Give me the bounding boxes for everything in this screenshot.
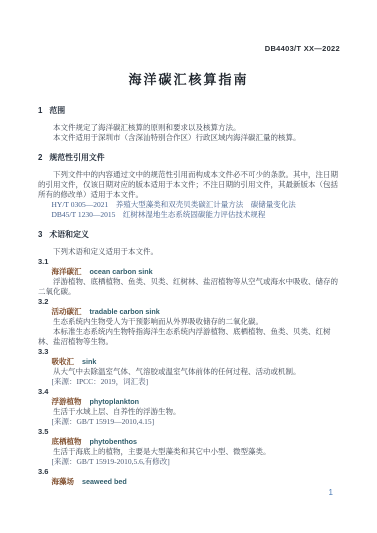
- section-scope: 1范围 本文件规定了海洋碳汇核算的原则和要求以及核算方法。 本文件适用于深圳市（…: [38, 106, 343, 143]
- term-name-en: ocean carbon sink: [90, 267, 153, 276]
- term-source: [来源：GB/T 15919-2010,5.6,有修改]: [38, 457, 343, 467]
- term-source: [来源：IPCC：2019，词汇表]: [38, 377, 343, 387]
- term-source: [来源：GB/T 15919—2010,4.15]: [38, 417, 343, 427]
- doc-code: DB4403/T XX—2022: [265, 44, 340, 53]
- section-number: 1: [38, 106, 42, 115]
- clause-number: 3.5: [38, 427, 343, 437]
- term-name: 海藻场seaweed bed: [38, 477, 343, 487]
- term-name-zh: 海洋碳汇: [52, 267, 82, 276]
- term-3-2: 3.2 活动碳汇tradable carbon sink 生态系统内生物受人为干…: [38, 297, 343, 347]
- section-heading: 2规范性引用文件: [38, 153, 343, 163]
- term-name-zh: 浮游植物: [52, 397, 82, 406]
- section-number: 3: [38, 230, 42, 239]
- term-3-6: 3.6 海藻场seaweed bed: [38, 467, 343, 487]
- section-title: 范围: [49, 106, 65, 115]
- section-heading: 3术语和定义: [38, 230, 343, 240]
- paragraph: 下列文件中的内容通过文中的规范性引用而构成本文件必不可少的条款。其中，注日期的引…: [38, 170, 343, 200]
- term-name-en: phytoplankton: [90, 397, 140, 406]
- term-name-zh: 吸收汇: [52, 357, 75, 366]
- section-title: 术语和定义: [49, 230, 88, 239]
- term-name-en: seaweed bed: [82, 477, 127, 486]
- term-name-zh: 底栖植物: [52, 437, 82, 446]
- term-name-zh: 活动碳汇: [52, 307, 82, 316]
- term-name: 底栖植物phytobenthos: [38, 437, 343, 447]
- clause-number: 3.2: [38, 297, 343, 307]
- term-name-en: phytobenthos: [90, 437, 138, 446]
- section-normative-references: 2规范性引用文件 下列文件中的内容通过文中的规范性引用而构成本文件必不可少的条款…: [38, 153, 343, 220]
- term-name: 浮游植物phytoplankton: [38, 397, 343, 407]
- term-definition: 生活于海底上的植物，主要是大型藻类和其它中小型、微型藻类。: [38, 447, 343, 457]
- term-name-en: tradable carbon sink: [90, 307, 160, 316]
- document-page: DB4403/T XX—2022 海洋碳汇核算指南 1范围 本文件规定了海洋碳汇…: [0, 0, 377, 533]
- term-definition: 生活于水域上层、自养性的浮游生物。: [38, 407, 343, 417]
- term-name: 活动碳汇tradable carbon sink: [38, 307, 343, 317]
- paragraph: 本文件适用于深圳市（含深汕特别合作区）行政区域内海洋碳汇量的核算。: [38, 133, 343, 143]
- terms-intro: 下列术语和定义适用于本文件。: [38, 247, 343, 257]
- page-title: 海洋碳汇核算指南: [0, 69, 377, 88]
- reference-item: HY/T 0305—2021 养殖大型藻类和双壳贝类碳汇计量方法 碳储量变化法: [38, 200, 343, 210]
- reference-list: HY/T 0305—2021 养殖大型藻类和双壳贝类碳汇计量方法 碳储量变化法 …: [38, 200, 343, 220]
- term-name: 吸收汇sink: [38, 357, 343, 367]
- term-definition: 从大气中去除温室气体、气溶胶或温室气体前体的任何过程、活动或机制。: [38, 367, 343, 377]
- section-title: 规范性引用文件: [49, 153, 104, 162]
- paragraph: 本文件规定了海洋碳汇核算的原则和要求以及核算方法。: [38, 123, 343, 133]
- clause-number: 3.4: [38, 387, 343, 397]
- term-name-zh: 海藻场: [52, 477, 75, 486]
- reference-item: DB45/T 1230—2015 红树林湿地生态系统固碳能力评估技术规程: [38, 210, 343, 220]
- term-definition: 本标准生态系统内生物特指海洋生态系统内浮游植物、底栖植物、鱼类、贝类、红树林、盐…: [38, 327, 343, 347]
- clause-number: 3.3: [38, 347, 343, 357]
- clause-number: 3.6: [38, 467, 343, 477]
- term-3-3: 3.3 吸收汇sink 从大气中去除温室气体、气溶胶或温室气体前体的任何过程、活…: [38, 347, 343, 387]
- page-number: 1: [329, 488, 333, 497]
- term-3-1: 3.1 海洋碳汇ocean carbon sink 浮游植物、底栖植物、鱼类、贝…: [38, 257, 343, 297]
- section-terms-definitions: 3术语和定义 下列术语和定义适用于本文件。 3.1 海洋碳汇ocean carb…: [38, 230, 343, 487]
- document-content: 1范围 本文件规定了海洋碳汇核算的原则和要求以及核算方法。 本文件适用于深圳市（…: [38, 106, 343, 487]
- term-name-en: sink: [82, 357, 96, 366]
- term-definition: 生态系统内生物受人为干预影响而从外界吸收储存的二氧化碳。: [38, 317, 343, 327]
- term-name: 海洋碳汇ocean carbon sink: [38, 267, 343, 277]
- clause-number: 3.1: [38, 257, 343, 267]
- term-3-4: 3.4 浮游植物phytoplankton 生活于水域上层、自养性的浮游生物。 …: [38, 387, 343, 427]
- section-number: 2: [38, 153, 42, 162]
- section-heading: 1范围: [38, 106, 343, 116]
- term-definition: 浮游植物、底栖植物、鱼类、贝类、红树林、盐沼植物等从空气或海水中吸收、储存的二氧…: [38, 277, 343, 297]
- term-3-5: 3.5 底栖植物phytobenthos 生活于海底上的植物，主要是大型藻类和其…: [38, 427, 343, 467]
